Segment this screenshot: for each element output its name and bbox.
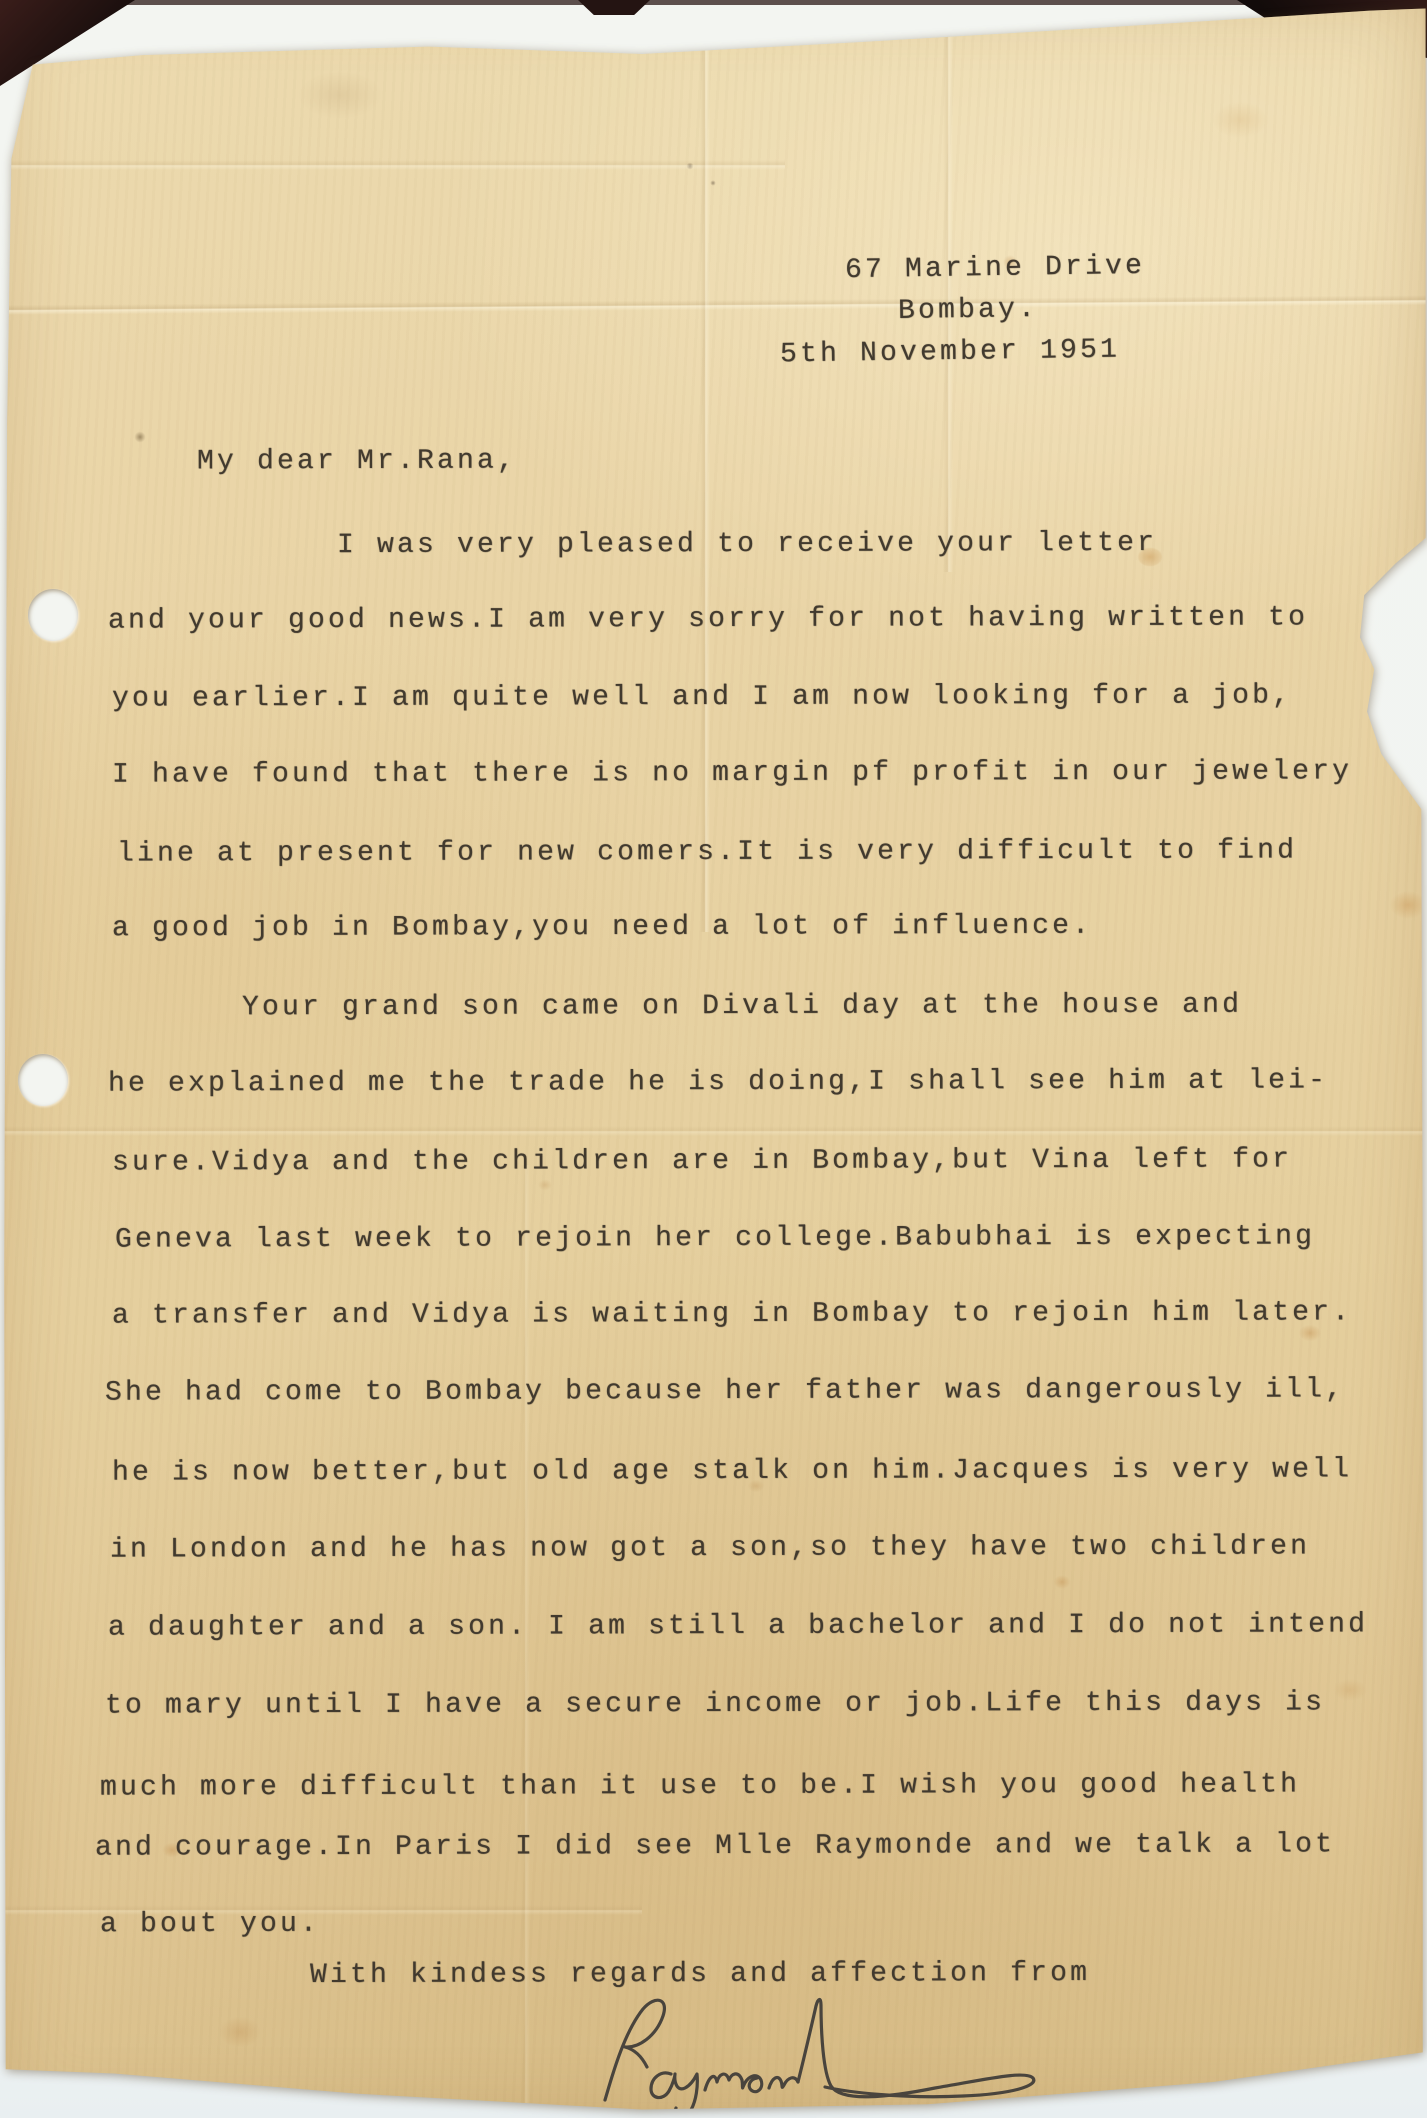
salutation: My dear Mr.Rana, <box>197 445 517 480</box>
body-line: to mary until I have a secure income or … <box>105 1686 1325 1723</box>
body-line: She had come to Bombay because her fathe… <box>105 1373 1345 1410</box>
letter-date: 5th November 1951 <box>780 334 1120 373</box>
fold-crease <box>0 1905 642 1915</box>
letter-page: 67 Marine Drive Bombay. 5th November 195… <box>0 0 1427 2118</box>
fold-crease <box>0 295 1427 315</box>
body-line: much more difficult than it use to be.I … <box>100 1768 1300 1805</box>
body-line: in London and he has now got a son,so th… <box>110 1530 1310 1567</box>
body-line: and courage.In Paris I did see Mlle Raym… <box>95 1828 1335 1865</box>
scanned-letter: 67 Marine Drive Bombay. 5th November 195… <box>0 0 1427 2118</box>
body-line: he explained me the trade he is doing,I … <box>108 1064 1328 1101</box>
signature-text: Raymond <box>0 0 1 1</box>
fold-crease <box>0 1126 1427 1136</box>
sender-address-line1: 67 Marine Drive <box>845 250 1145 288</box>
body-line: Your grand son came on Divali day at the… <box>242 989 1242 1026</box>
closing-line: With kindess regards and affection from <box>310 1957 1090 1993</box>
body-line: he is now better,but old age stalk on hi… <box>112 1453 1352 1490</box>
body-line: a good job in Bombay,you need a lot of i… <box>112 910 1092 947</box>
punch-hole-top <box>28 589 78 641</box>
body-line: you earlier.I am quite well and I am now… <box>112 679 1292 716</box>
fold-crease <box>0 160 785 170</box>
body-line: sure.Vidya and the children are in Bomba… <box>112 1143 1292 1180</box>
body-line: I was very pleased to receive your lette… <box>337 527 1157 563</box>
fold-crease <box>700 0 710 932</box>
body-line: a transfer and Vidya is waiting in Bomba… <box>112 1296 1352 1333</box>
body-line: I have found that there is no margin pf … <box>112 755 1352 792</box>
signature-raymond <box>585 1992 1075 2118</box>
punch-hole-bottom <box>18 1054 68 1106</box>
body-line: a bout you. <box>100 1908 320 1943</box>
sender-address-line2: Bombay. <box>898 293 1038 329</box>
body-line: and your good news.I am very sorry for n… <box>108 601 1308 638</box>
body-line: a daughter and a son. I am still a bache… <box>108 1608 1368 1645</box>
body-line: line at present for new comers.It is ver… <box>117 834 1297 871</box>
body-line: Geneva last week to rejoin her college.B… <box>115 1220 1315 1257</box>
letter-page-wrap: 67 Marine Drive Bombay. 5th November 195… <box>0 0 1427 2118</box>
